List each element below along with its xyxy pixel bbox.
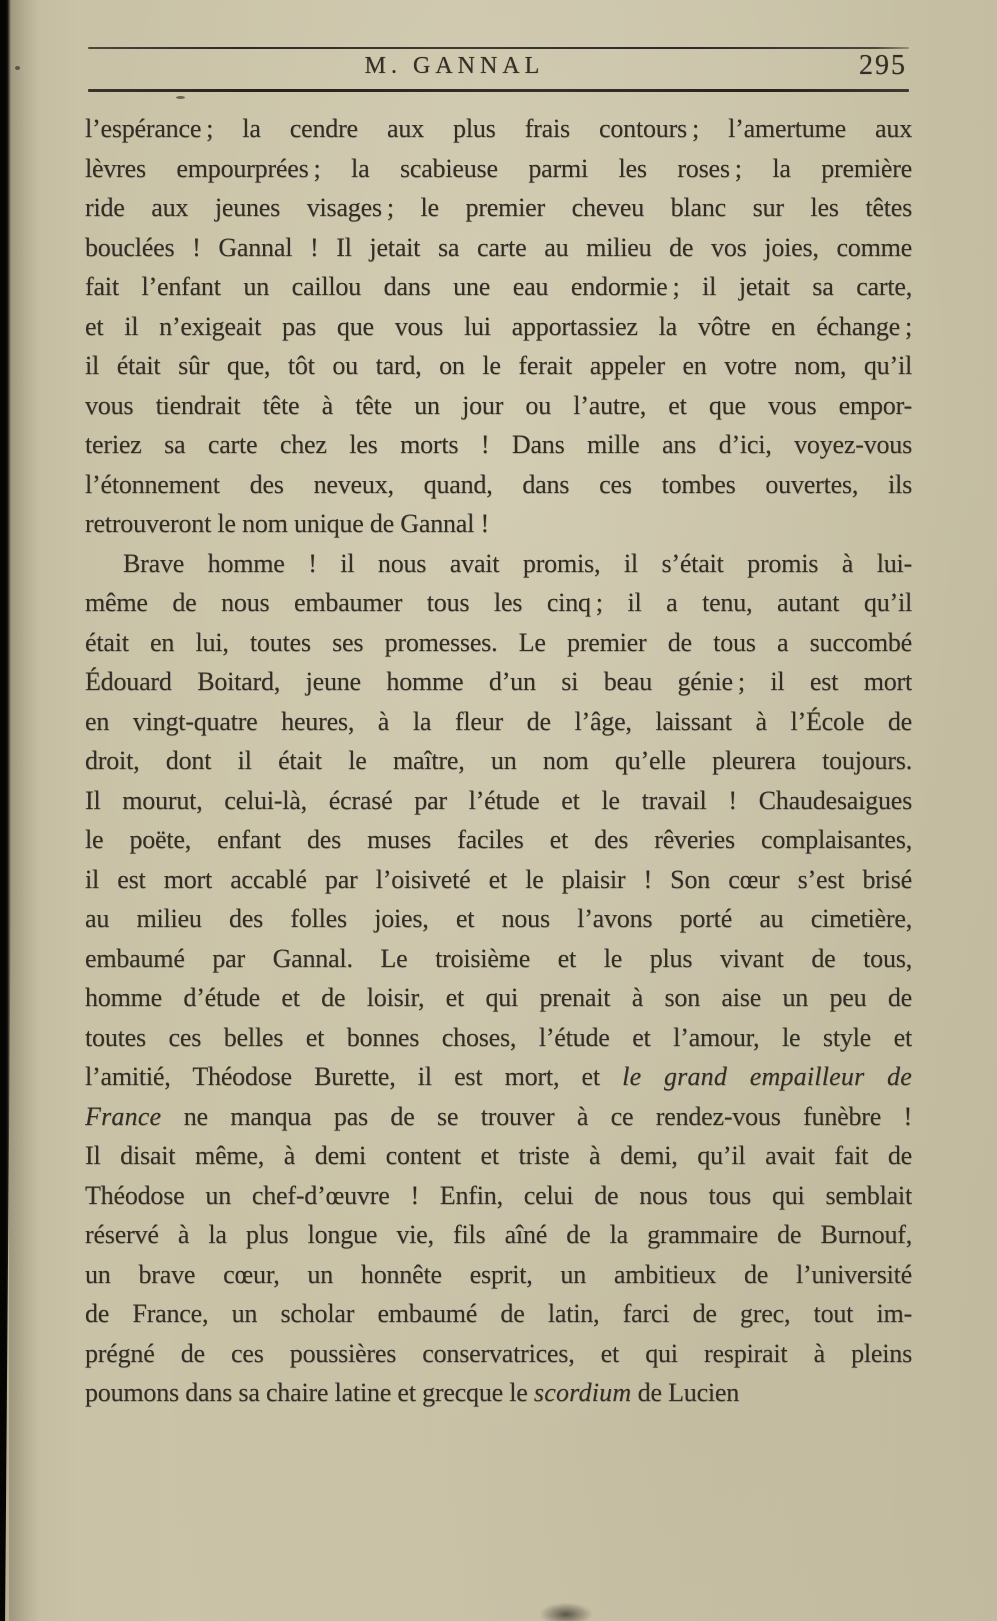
text-line: de France, un scholar embaumé de latin, … (85, 1294, 912, 1334)
text-line: même de nous embaumer tous les cinq ; il… (85, 583, 912, 623)
text-line: et il n’exigeait pas que vous lui apport… (85, 307, 912, 347)
text-line: prégné de ces poussières conservatrices,… (85, 1334, 912, 1374)
text-segment: un brave cœur, un honnête esprit, un amb… (85, 1260, 912, 1289)
text-line: France ne manqua pas de se trouver à ce … (85, 1097, 912, 1137)
text-segment: vous tiendrait tête à tête un jour ou l’… (85, 391, 912, 420)
text-segment: et il n’exigeait pas que vous lui apport… (85, 312, 912, 341)
text-line: l’étonnement des neveux, quand, dans ces… (85, 465, 912, 505)
text-segment: retrouveront le nom unique de Gannal ! (85, 509, 489, 538)
text-line: toutes ces belles et bonnes choses, l’ét… (85, 1018, 912, 1058)
text-line: bouclées ! Gannal ! Il jetait sa carte a… (85, 228, 912, 268)
text-line: l’amitié, Théodose Burette, il est mort,… (85, 1057, 912, 1097)
text-segment: de France, un scholar embaumé de latin, … (85, 1299, 912, 1328)
italic-text-segment: scordium (534, 1378, 631, 1407)
text-segment: le poëte, enfant des muses faciles et de… (85, 825, 912, 854)
italic-text-segment: le grand empailleur de (622, 1062, 912, 1091)
running-head-title: M. GANNAL (44, 53, 865, 80)
text-segment: ride aux jeunes visages ; le premier che… (85, 193, 912, 222)
text-segment: droit, dont il était le maître, un nom q… (85, 746, 912, 775)
text-segment: fait l’enfant un caillou dans une eau en… (85, 272, 912, 301)
book-page-scan: M. GANNAL 295 l’espérance ; la cendre au… (0, 0, 997, 1621)
page-text: l’espérance ; la cendre aux plus frais c… (85, 109, 912, 1413)
text-line: en vingt-quatre heures, à la fleur de l’… (85, 702, 912, 742)
text-segment: poumons dans sa chaire latine et grecque… (85, 1378, 534, 1407)
text-line: réservé à la plus longue vie, fils aîné … (85, 1215, 912, 1255)
text-segment: homme d’étude et de loisir, et qui prena… (85, 983, 912, 1012)
text-line: un brave cœur, un honnête esprit, un amb… (85, 1255, 912, 1295)
scan-speck (627, 491, 631, 494)
gutter-inner-shade (9, 0, 39, 1621)
text-segment: embaumé par Gannal. Le troisième et le p… (85, 944, 912, 973)
text-line: était en lui, toutes ses promesses. Le p… (85, 623, 912, 663)
text-line: il est mort accablé par l’oisiveté et le… (85, 860, 912, 900)
text-segment: bouclées ! Gannal ! Il jetait sa carte a… (85, 233, 912, 262)
scan-speck (176, 96, 185, 99)
text-line: embaumé par Gannal. Le troisième et le p… (85, 939, 912, 979)
text-segment: teriez sa carte chez les morts ! Dans mi… (85, 430, 912, 459)
text-line: vous tiendrait tête à tête un jour ou l’… (85, 386, 912, 426)
text-line: il était sûr que, tôt ou tard, on le fer… (85, 346, 912, 386)
text-segment: en vingt-quatre heures, à la fleur de l’… (85, 707, 912, 736)
italic-text-segment: France (85, 1102, 161, 1131)
text-segment: il est mort accablé par l’oisiveté et le… (85, 865, 912, 894)
text-segment: l’étonnement des neveux, quand, dans ces… (85, 470, 912, 499)
text-segment: était en lui, toutes ses promesses. Le p… (85, 628, 912, 657)
text-line: au milieu des folles joies, et nous l’av… (85, 899, 912, 939)
text-line: droit, dont il était le maître, un nom q… (85, 741, 912, 781)
text-segment: de Lucien (631, 1378, 739, 1407)
text-segment: Il mourut, celui-là, écrasé par l’étude … (85, 786, 912, 815)
text-segment: Brave homme ! il nous avait promis, il s… (123, 549, 912, 578)
text-segment: il était sûr que, tôt ou tard, on le fer… (85, 351, 912, 380)
text-segment: lèvres empourprées ; la scabieuse parmi … (85, 154, 912, 183)
text-segment: Édouard Boitard, jeune homme d’un si bea… (85, 667, 912, 696)
text-line: Théodose un chef-d’œuvre ! Enfin, celui … (85, 1176, 912, 1216)
scan-smudge (540, 1603, 592, 1621)
header-rule-top (88, 47, 909, 49)
text-segment: l’espérance ; la cendre aux plus frais c… (85, 114, 912, 143)
text-segment: Théodose un chef-d’œuvre ! Enfin, celui … (85, 1181, 912, 1210)
text-line: Brave homme ! il nous avait promis, il s… (85, 544, 912, 584)
text-segment: ne manqua pas de se trouver à ce rendez-… (161, 1102, 912, 1131)
text-line: retrouveront le nom unique de Gannal ! (85, 504, 912, 544)
header-rule-bottom (88, 89, 909, 92)
text-line: lèvres empourprées ; la scabieuse parmi … (85, 149, 912, 189)
text-segment: prégné de ces poussières conservatrices,… (85, 1339, 912, 1368)
text-segment: même de nous embaumer tous les cinq ; il… (85, 588, 912, 617)
text-line: Il mourut, celui-là, écrasé par l’étude … (85, 781, 912, 821)
text-line: poumons dans sa chaire latine et grecque… (85, 1373, 912, 1413)
text-line: fait l’enfant un caillou dans une eau en… (85, 267, 912, 307)
page-number: 295 (859, 50, 907, 82)
text-line: l’espérance ; la cendre aux plus frais c… (85, 109, 912, 149)
text-segment: toutes ces belles et bonnes choses, l’ét… (85, 1023, 912, 1052)
text-line: ride aux jeunes visages ; le premier che… (85, 188, 912, 228)
text-line: Édouard Boitard, jeune homme d’un si bea… (85, 662, 912, 702)
text-segment: au milieu des folles joies, et nous l’av… (85, 904, 912, 933)
text-line: le poëte, enfant des muses faciles et de… (85, 820, 912, 860)
running-header: M. GANNAL 295 (88, 50, 909, 86)
text-line: teriez sa carte chez les morts ! Dans mi… (85, 425, 912, 465)
text-segment: l’amitié, Théodose Burette, il est mort,… (85, 1062, 622, 1091)
text-line: Il disait même, à demi content et triste… (85, 1136, 912, 1176)
scan-speck (15, 66, 20, 70)
text-segment: réservé à la plus longue vie, fils aîné … (85, 1220, 912, 1249)
text-segment: Il disait même, à demi content et triste… (85, 1141, 912, 1170)
text-line: homme d’étude et de loisir, et qui prena… (85, 978, 912, 1018)
